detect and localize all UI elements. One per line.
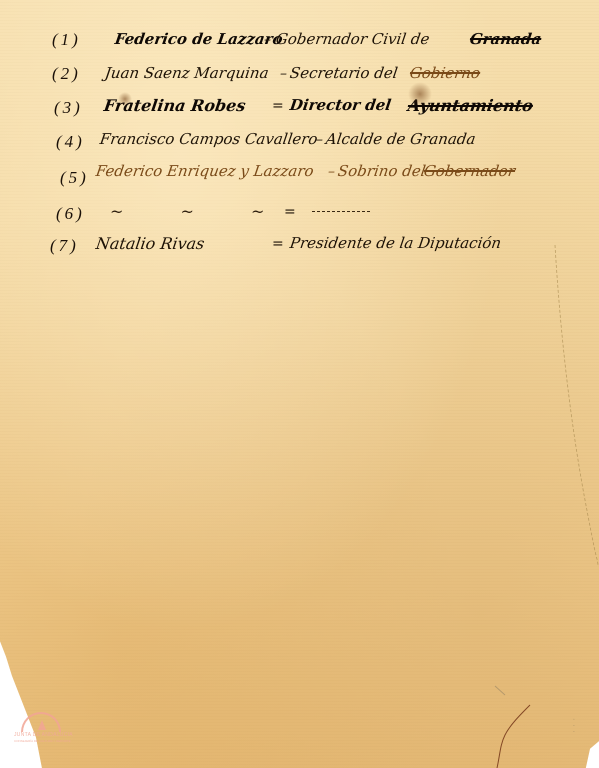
entry-number: (5) [60, 168, 89, 188]
entry-title-struck: Gobernador [423, 162, 517, 180]
entry-title: Gobernador Civil de [275, 30, 431, 48]
entry-number: (3) [54, 98, 83, 118]
entry-separator: = [272, 98, 284, 114]
entry-separator: – [328, 164, 335, 180]
entry-name: Juan Saenz Marquina [104, 64, 270, 82]
entry-separator: = [284, 204, 296, 220]
entry-title: Sobrino del [337, 162, 427, 180]
entry-title-struck: Granada [469, 30, 543, 48]
entry-number: (7) [50, 236, 79, 256]
aged-paper-sheet [0, 0, 599, 768]
ink-blot [408, 82, 432, 106]
watermark-subtitle: CONSEJERÍA DE CULTURA Y DEPORTE [14, 739, 68, 743]
entry-number: (1) [52, 30, 81, 50]
entry-separator: – [280, 66, 287, 82]
entry-number: (6) [56, 204, 85, 224]
entry-name: Federico Enriquez y Lazzaro [95, 162, 315, 180]
entry-title: Presidente de la Diputación [289, 234, 503, 252]
entry-title-struck: Gobierno [409, 64, 482, 82]
entry-name: Francisco Campos Cavallero [99, 130, 319, 148]
ink-blot [118, 92, 132, 106]
entry-separator: = [272, 236, 284, 252]
entry-separator: – [316, 132, 323, 148]
entry-title: Alcalde de Granada [325, 130, 477, 148]
watermark-logo-icon [21, 712, 61, 732]
entry-name: Natalio Rivas [95, 234, 206, 253]
entry-separator: – [264, 32, 271, 48]
blank-rule [312, 211, 370, 212]
junta-andalucia-watermark: JUNTA DE ANDALUCIA CONSEJERÍA DE CULTURA… [14, 712, 68, 756]
entry-number: (2) [52, 64, 81, 84]
watermark-title: JUNTA DE ANDALUCIA [14, 732, 68, 739]
pencil-catalog-mark: · · · [570, 718, 577, 734]
ditto-marks: ~ ~ ~ [110, 202, 290, 221]
entry-title: Secretario del [289, 64, 399, 82]
entry-title: Director del [289, 96, 393, 114]
entry-number: (4) [56, 132, 85, 152]
entry-name: Federico de Lazzaro [114, 30, 284, 48]
